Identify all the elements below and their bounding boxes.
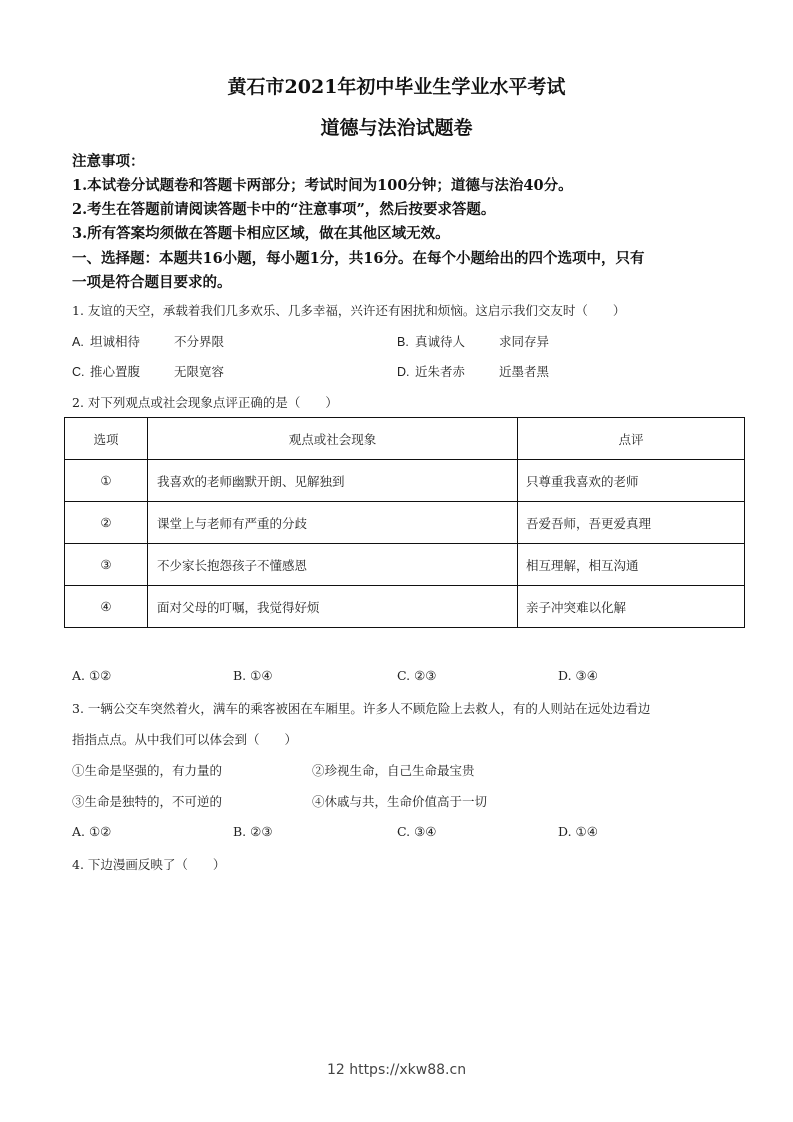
option-text: 坦诚相待: [90, 334, 140, 349]
option-text: 真诚待人: [415, 334, 465, 349]
question-2-option-c: C. ②③: [397, 668, 436, 683]
option-text: 无限宽容: [174, 364, 224, 379]
question-3-stem-line2: 指指点点。从中我们可以体会到（ ）: [72, 730, 297, 748]
option-text: 近朱者赤: [415, 364, 465, 379]
table-cell-viewpoint: 不少家长抱怨孩子不懂感恩: [148, 544, 518, 586]
table-cell-comment: 亲子冲突难以化解: [518, 586, 745, 628]
question-2-table: 选项 观点或社会现象 点评 ① 我喜欢的老师幽默开朗、见解独到 只尊重我喜欢的老…: [64, 417, 745, 628]
question-3-option-b: B. ②③: [233, 824, 273, 839]
option-letter: D.: [397, 365, 411, 379]
table-cell-option: ②: [65, 502, 148, 544]
question-3-stem-line1: 3. 一辆公交车突然着火，满车的乘客被困在车厢里。许多人不顾危险上去救人，有的人…: [72, 699, 650, 717]
question-3-option-d: D. ①④: [558, 824, 598, 839]
notice-item-1: 1.本试卷分试题卷和答题卡两部分；考试时间为100分钟；道德与法治40分。: [72, 174, 573, 195]
table-cell-comment: 只尊重我喜欢的老师: [518, 460, 745, 502]
table-cell-comment: 相互理解，相互沟通: [518, 544, 745, 586]
option-text: 求同存异: [499, 334, 549, 349]
option-text: 推心置腹: [90, 364, 140, 379]
table-cell-option: ④: [65, 586, 148, 628]
page-footer: 12 https://xkw88.cn: [0, 1062, 793, 1078]
table-row: ④ 面对父母的叮嘱，我觉得好烦 亲子冲突难以化解: [65, 586, 745, 628]
table-cell-comment: 吾爱吾师，吾更爱真理: [518, 502, 745, 544]
question-3-statement-3: ③生命是独特的，不可逆的: [72, 792, 222, 810]
question-2-option-b: B. ①④: [233, 668, 273, 683]
option-text: 不分界限: [174, 334, 224, 349]
question-3-statement-1: ①生命是坚强的，有力量的: [72, 761, 222, 779]
section-instruction-line1: 一、选择题：本题共16小题，每小题1分，共16分。在每个小题给出的四个选项中，只…: [72, 247, 644, 268]
question-2-stem: 2. 对下列观点或社会现象点评正确的是（ ）: [72, 393, 338, 411]
question-1-option-d: D. 近朱者赤近墨者黑: [397, 362, 549, 380]
option-text: 近墨者黑: [499, 364, 549, 379]
question-1-stem: 1. 友谊的天空，承载着我们几多欢乐、几多幸福，兴许还有困扰和烦恼。这启示我们交…: [72, 301, 625, 319]
option-letter: A.: [72, 335, 86, 349]
table-cell-option: ①: [65, 460, 148, 502]
table-header-cell: 观点或社会现象: [148, 418, 518, 460]
exam-title: 黄石市2021年初中毕业生学业水平考试: [0, 72, 793, 99]
question-3-option-a: A. ①②: [72, 824, 111, 839]
question-2-option-d: D. ③④: [558, 668, 598, 683]
table-header-cell: 选项: [65, 418, 148, 460]
notice-item-2: 2.考生在答题前请阅读答题卡中的“注意事项”，然后按要求答题。: [72, 198, 495, 219]
question-1-option-b: B. 真诚待人求同存异: [397, 332, 549, 350]
notice-item-3: 3.所有答案均须做在答题卡相应区域，做在其他区域无效。: [72, 222, 450, 243]
option-letter: C.: [72, 365, 86, 379]
question-1-option-c: C. 推心置腹无限宽容: [72, 362, 224, 380]
section-instruction-line2: 一项是符合题目要求的。: [72, 271, 232, 292]
exam-subtitle: 道德与法治试题卷: [0, 113, 793, 140]
question-3-statement-4: ④休戚与共，生命价值高于一切: [312, 792, 487, 810]
table-header-row: 选项 观点或社会现象 点评: [65, 418, 745, 460]
table-cell-viewpoint: 面对父母的叮嘱，我觉得好烦: [148, 586, 518, 628]
table-cell-viewpoint: 课堂上与老师有严重的分歧: [148, 502, 518, 544]
question-3-statement-2: ②珍视生命，自己生命最宝贵: [312, 761, 475, 779]
table-header-cell: 点评: [518, 418, 745, 460]
question-1-option-a: A. 坦诚相待不分界限: [72, 332, 224, 350]
table-cell-viewpoint: 我喜欢的老师幽默开朗、见解独到: [148, 460, 518, 502]
question-2-option-a: A. ①②: [72, 668, 111, 683]
table-row: ① 我喜欢的老师幽默开朗、见解独到 只尊重我喜欢的老师: [65, 460, 745, 502]
question-3-option-c: C. ③④: [397, 824, 436, 839]
notice-heading: 注意事项：: [72, 150, 145, 171]
table-row: ③ 不少家长抱怨孩子不懂感恩 相互理解，相互沟通: [65, 544, 745, 586]
option-letter: B.: [397, 335, 411, 349]
table-cell-option: ③: [65, 544, 148, 586]
question-4-stem: 4. 下边漫画反映了（ ）: [72, 855, 225, 873]
table-row: ② 课堂上与老师有严重的分歧 吾爱吾师，吾更爱真理: [65, 502, 745, 544]
